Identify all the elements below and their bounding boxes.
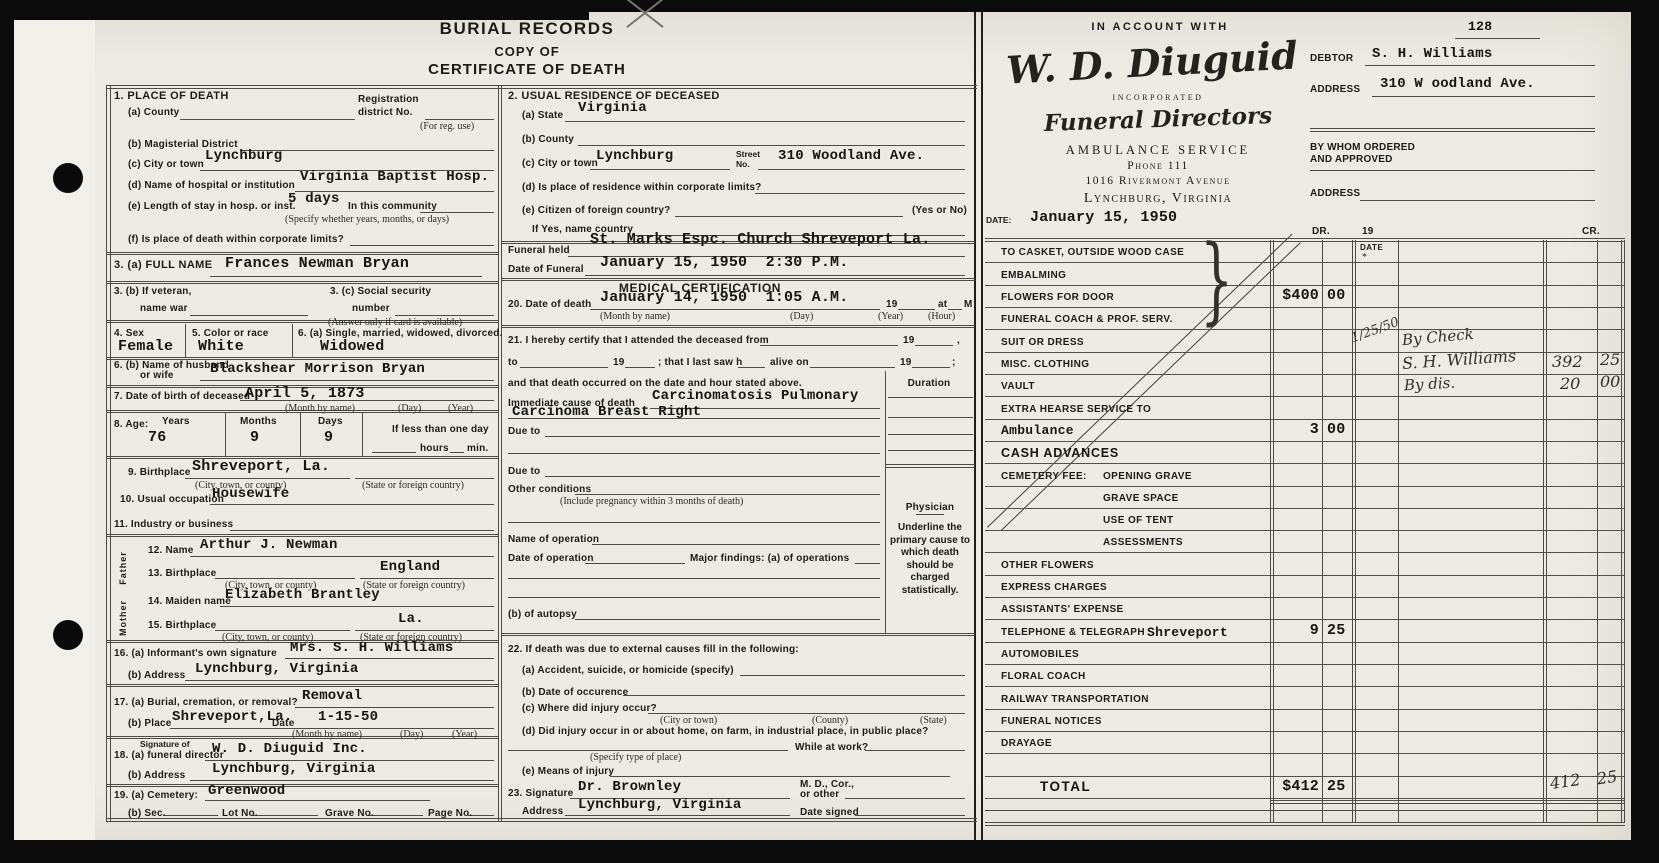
acct-star: * [1362, 252, 1367, 263]
form-line [1310, 170, 1595, 171]
cert-h3: CERTIFICATE OF DEATH [428, 62, 626, 77]
ledger-row: CEMETERY FEE:OPENING GRAVE [985, 463, 1625, 486]
form-rule [362, 412, 363, 456]
cert-pageno: Page No. [428, 808, 472, 820]
acct-dr: DR. [1312, 226, 1330, 238]
ledger-row: SUIT OR DRESS [985, 329, 1625, 352]
form-line [810, 367, 895, 368]
form-line [758, 169, 965, 170]
form-line [585, 275, 965, 276]
cert-nyear: (Year) [448, 403, 473, 414]
ledger-cell: 25 [1327, 779, 1345, 794]
cert-min: min. [467, 443, 488, 455]
cert-d2: (d) Is place of residence within corpora… [522, 182, 762, 194]
cert-e1: (e) Length of stay in hosp. or inst. [128, 201, 296, 213]
form-line [106, 281, 498, 282]
form-rule [225, 412, 226, 456]
cert-s20v: January 14, 1950 1:05 A.M. [600, 290, 848, 305]
ledger-row: FUNERAL COACH & PROF. SERV. [985, 307, 1625, 330]
cert-lot: Lot No. [222, 808, 258, 820]
form-line [1360, 200, 1595, 201]
form-rule [110, 85, 111, 821]
cert-nop: Name of operation [508, 534, 599, 546]
form-line [190, 780, 494, 781]
ledger-row: EMBALMING [985, 262, 1625, 285]
form-line [610, 776, 950, 777]
acct-hand-c2d: 20 [1560, 376, 1580, 392]
cert-ocn: (Include pregnancy within 3 months of de… [560, 496, 743, 507]
form-line [985, 810, 1625, 811]
cert-s20: 20. Date of death [508, 299, 591, 311]
ledger-cell: CEMETERY FEE: [1001, 472, 1087, 482]
form-rule [300, 412, 301, 456]
ledger-row: FLORAL COACH [985, 664, 1625, 687]
cert-s1t: 1. PLACE OF DEATH [114, 90, 229, 102]
form-rule [1355, 240, 1356, 822]
form-line [450, 452, 464, 453]
cert-mosv: 9 [250, 430, 259, 445]
cert-a2: (a) State [522, 110, 563, 122]
form-line [395, 315, 494, 316]
cert-md2: or other [800, 789, 839, 801]
ledger-cell: GRAVE SPACE [1103, 494, 1179, 504]
form-rule [1352, 240, 1353, 822]
cert-reg2: district No. [358, 107, 413, 119]
acct-iaw: IN ACCOUNT WITH [1091, 22, 1228, 33]
form-line [106, 456, 498, 457]
form-rule [1270, 240, 1271, 822]
ledger-row: TO CASKET, OUTSIDE WOOD CASE [985, 240, 1625, 263]
form-line [575, 619, 880, 620]
form-line [885, 464, 975, 465]
cert-alive: alive on [770, 357, 809, 369]
cert-s22t: 22. If death was due to external causes … [508, 644, 799, 656]
form-line [1270, 800, 1625, 801]
form-line [285, 658, 494, 659]
cert-s22b: (b) Date of occurence [522, 687, 628, 699]
cert-s17bv: Shreveport,La. [172, 710, 292, 724]
ledger-cell: EMBALMING [1001, 271, 1066, 281]
cert-s13v: England [380, 560, 440, 574]
form-line [520, 367, 608, 368]
form-line [190, 556, 494, 557]
form-line [350, 245, 494, 246]
cert-s3a: 3. (a) FULL NAME [114, 259, 212, 271]
ledger-cell: FLOWERS FOR DOOR [1001, 293, 1114, 303]
cert-fdv: January 15, 1950 2:30 P.M. [600, 255, 848, 270]
ledger-cell: TO CASKET, OUTSIDE WOOD CASE [1001, 248, 1184, 258]
cert-n19: 19 [886, 299, 898, 311]
cert-b2: (b) County [522, 134, 574, 146]
ledger-cell: Shreveport [1147, 626, 1228, 639]
cert-st2: No. [736, 160, 750, 169]
cert-s17av: Removal [302, 689, 362, 703]
cert-stv: 310 Woodland Ave. [778, 149, 924, 163]
acct-hand-c2c: 00 [1600, 374, 1620, 390]
cert-fh: Funeral held [508, 245, 570, 257]
form-line [185, 478, 350, 479]
ledger-row: TELEPHONE & TELEGRAPHShreveport925 [985, 619, 1625, 642]
ledger-row: ASSISTANTS' EXPENSE [985, 597, 1625, 620]
cert-nstate: (State or foreign country) [362, 480, 464, 491]
form-line [898, 309, 935, 310]
form-line [220, 606, 494, 607]
cert-nmonth: (Month by name) [600, 311, 670, 322]
page-divider-rule [974, 12, 983, 840]
form-line [865, 750, 965, 751]
cert-to: to [508, 357, 518, 369]
form-rule [1322, 240, 1323, 822]
cert-ncity2: (City or town) [660, 715, 717, 726]
form-line [508, 453, 880, 454]
form-rule [1621, 240, 1622, 822]
cert-d1v: Virginia Baptist Hosp. [300, 170, 489, 184]
form-line [372, 452, 416, 453]
cert-ntype: (Specify type of place) [590, 752, 681, 763]
cert-ncounty: (County) [812, 715, 848, 726]
form-line [855, 563, 880, 564]
form-line [985, 238, 1625, 239]
ledger-row: OTHER FLOWERS [985, 552, 1625, 575]
ledger-cell: MISC. CLOTHING [1001, 360, 1089, 370]
cert-st1: Street [736, 150, 760, 159]
acct-street: 1016 Rivermont Avenue [1086, 176, 1231, 188]
cert-s16av: Mrs. S. H. Williams [290, 641, 453, 655]
form-line [948, 309, 962, 310]
form-line [502, 325, 975, 326]
ledger-cell: ASSESSMENTS [1103, 538, 1183, 548]
cert-s23: 23. Signature [508, 788, 573, 800]
ledger-cell: RAILWAY TRANSPORTATION [1001, 695, 1149, 705]
ledger-row: FUNERAL NOTICES [985, 709, 1625, 732]
form-line [888, 417, 973, 418]
ledger-cell: SUIT OR DRESS [1001, 338, 1084, 348]
acct-bwo1: BY WHOM ORDERED [1310, 142, 1415, 154]
ledger-cell: USE OF TENT [1103, 516, 1174, 526]
acct-hand-n3: By dis. [1404, 376, 1456, 394]
cert-e1b: In this community [348, 201, 437, 213]
cert-ds: Date signed [800, 807, 859, 819]
cert-nyear: (Year) [452, 729, 477, 740]
ledger-row: MISC. CLOTHING [985, 352, 1625, 375]
acct-inc: INCORPORATED [1113, 94, 1204, 102]
form-line [740, 675, 965, 676]
film-strip [14, 12, 95, 840]
cert-s16a: 16. (a) Informant's own signature [114, 648, 277, 660]
form-line [916, 514, 944, 515]
cert-s14: 14. Maiden name [148, 596, 231, 608]
ledger-cell: 9 [1273, 623, 1319, 638]
ledger-cell: FUNERAL COACH & PROF. SERV. [1001, 315, 1173, 325]
ledger-row: CASH ADVANCES [985, 441, 1625, 464]
cert-m: M [964, 299, 973, 311]
cert-s3c3: (Answer only if card is available) [328, 317, 462, 328]
form-line [565, 815, 790, 816]
cert-s18b: (b) Address [128, 770, 185, 782]
cert-dur: Duration [908, 378, 951, 390]
acct-debtorl: DEBTOR [1310, 53, 1353, 65]
ledger-row: AUTOMOBILES [985, 642, 1625, 665]
form-line [585, 563, 685, 564]
form-line [915, 345, 953, 346]
cert-n19: 19 [613, 357, 625, 369]
form-line [855, 815, 965, 816]
form-line [368, 815, 423, 816]
cert-a2v: Virginia [578, 101, 647, 115]
cert-s17dv: 1-15-50 [318, 710, 378, 724]
cert-s3b1: 3. (b) If veteran, [114, 286, 192, 298]
cert-dys: Days [318, 416, 343, 428]
form-line [985, 822, 1625, 823]
form-line [180, 119, 355, 120]
cert-s19v: Greenwood [208, 784, 285, 798]
cert-hrs: hours [420, 443, 449, 455]
cert-phy: Physician [906, 502, 955, 514]
cert-s6av: Widowed [320, 339, 384, 354]
form-rule [1546, 240, 1547, 822]
form-line [508, 522, 880, 523]
cert-s17b: (b) Place [128, 718, 171, 730]
cert-due: Due to [508, 466, 540, 478]
cert-e2: (e) Citizen of foreign country? [522, 205, 670, 217]
form-line [675, 216, 903, 217]
cert-s23v: Dr. Brownley [578, 780, 681, 794]
cert-nday: (Day) [790, 311, 813, 322]
form-line [210, 276, 482, 277]
form-line [205, 800, 430, 801]
ledger-cell: FUNERAL NOTICES [1001, 717, 1102, 727]
acct-bwo2: AND APPROVED [1310, 154, 1393, 166]
cert-yrsv: 76 [148, 430, 166, 445]
form-line [888, 397, 973, 398]
cert-a1: (a) County [128, 107, 179, 119]
cert-s18pre: Signature of [140, 740, 190, 749]
form-line [502, 635, 975, 636]
form-line [502, 278, 975, 279]
ledger-cell: CASH ADVANCES [1001, 447, 1119, 460]
form-line [190, 315, 308, 316]
cert-fhv: St. Marks Espc. Church Shreveport La. [590, 232, 930, 247]
form-line [295, 707, 494, 708]
cert-at: at [938, 299, 947, 311]
scanned-burial-record: TO CASKET, OUTSIDE WOOD CASEEMBALMINGFLO… [0, 0, 1659, 863]
cert-s22a: (a) Accident, suicide, or homicide (spec… [522, 665, 734, 677]
ledger-cell: 3 [1273, 422, 1319, 437]
form-line [106, 684, 498, 685]
cert-reg1: Registration [358, 94, 419, 106]
form-rule [1543, 240, 1544, 822]
form-line [888, 450, 973, 451]
form-line [355, 630, 494, 631]
acct-datel: DATE: [986, 216, 1011, 225]
cert-saw: ; that I last saw h [658, 357, 742, 369]
acct-debtorv: S. H. Williams [1372, 47, 1492, 61]
cert-nyear: (Year) [878, 311, 903, 322]
ledger-cell: $400 [1273, 288, 1319, 303]
acct-pageno: 128 [1468, 20, 1492, 33]
form-line [360, 578, 494, 579]
cert-s6b2: or wife [140, 370, 174, 382]
form-line [215, 630, 350, 631]
cert-dysv: 9 [324, 430, 333, 445]
form-line [545, 476, 880, 477]
form-line [575, 494, 880, 495]
form-line [1310, 131, 1595, 132]
cert-aut: (b) of autopsy [508, 609, 577, 621]
ledger-row: VAULT [985, 374, 1625, 397]
cert-nmonth: (Month by name) [285, 403, 355, 414]
cert-grave: Grave No. [325, 808, 374, 820]
form-line [565, 121, 965, 122]
acct-hand-ctc: 25 [1596, 769, 1618, 788]
form-line [508, 597, 880, 598]
cert-maj: Major findings: (a) of operations [690, 553, 849, 565]
cert-s21a: 21. I hereby certify that I attended the… [508, 335, 769, 347]
form-line [425, 119, 494, 120]
cert-phyn: Underline the primary cause to which dea… [888, 522, 972, 597]
cert-fa: Father [118, 551, 128, 585]
form-line [253, 815, 318, 816]
form-line [106, 786, 498, 787]
acct-hand-c1d: 392 [1552, 354, 1583, 370]
form-line [355, 478, 494, 479]
cert-nmonth: (Month by name) [292, 729, 362, 740]
cert-nday: (Day) [398, 403, 421, 414]
cert-s5v: White [198, 339, 244, 354]
form-line [625, 367, 655, 368]
cert-adrv: Lynchburg, Virginia [578, 798, 741, 812]
cert-s16b: (b) Address [128, 670, 185, 682]
cert-c1: (c) City or town [128, 159, 204, 171]
cert-s17a: 17. (a) Burial, cremation, or removal? [114, 697, 298, 709]
ledger-cell: EXPRESS CHARGES [1001, 583, 1107, 593]
cert-s11: 11. Industry or business [114, 519, 233, 531]
cert-s3c2: number [352, 303, 390, 315]
form-line [106, 88, 977, 89]
cert-s22c: (c) Where did injury occur? [522, 703, 657, 715]
cert-s7: 7. Date of birth of deceased [114, 391, 250, 403]
ledger-cell: $412 [1273, 779, 1319, 794]
form-line [502, 633, 975, 634]
form-line [755, 193, 965, 194]
cert-s18v: W. D. Diuguid Inc. [212, 742, 367, 756]
cert-n19: 19 [903, 335, 915, 347]
form-line [578, 145, 965, 146]
cert-cause2: Carcinoma Breast Right [512, 405, 701, 419]
form-rule [185, 324, 186, 357]
form-line [106, 534, 498, 535]
form-line [215, 578, 355, 579]
cert-s12v: Arthur J. Newman [200, 538, 338, 552]
form-line [590, 169, 730, 170]
acct-datev: January 15, 1950 [1030, 210, 1177, 225]
form-line [545, 436, 880, 437]
ledger-cell: VAULT [1001, 382, 1035, 392]
form-line [1372, 96, 1595, 97]
acct-addr2: ADDRESS [1310, 188, 1360, 200]
cert-c2: (c) City or town [522, 158, 598, 170]
cert-reg3: (For reg. use) [420, 121, 474, 132]
form-line [590, 309, 880, 310]
ledger-row: DRAYAGE [985, 731, 1625, 754]
form-line [1270, 803, 1625, 804]
ledger-row: Ambulance300 [985, 419, 1625, 442]
cert-mos: Months [240, 416, 277, 428]
cert-yrs: Years [162, 416, 190, 428]
ledger-cell: TELEPHONE & TELEGRAPH [1001, 628, 1145, 638]
cert-s12: 12. Name [148, 545, 194, 557]
form-line [106, 821, 977, 822]
form-line [508, 750, 788, 751]
form-rule [106, 85, 107, 821]
cert-fd: Date of Funeral [508, 264, 584, 276]
cert-s10v: Housewife [212, 487, 289, 501]
cert-e2n: (Yes or No) [912, 205, 967, 217]
form-line [106, 85, 977, 86]
ledger-row: FLOWERS FOR DOOR$40000 [985, 285, 1625, 308]
form-line [985, 825, 1625, 826]
cert-s4v: Female [118, 339, 173, 354]
form-rule [1273, 240, 1274, 822]
cert-s6bv: Blackshear Morrison Bryan [210, 362, 425, 376]
form-line [200, 380, 494, 381]
acct-brace: } [1200, 243, 1233, 317]
acct-city: Lynchburg, Virginia [1084, 192, 1232, 206]
cert-s9v: Shreveport, La. [192, 459, 330, 474]
ledger-row: TOTAL$41225 [985, 776, 1625, 799]
cert-s19b: (b) Sec. [128, 808, 166, 820]
form-rule [292, 324, 293, 357]
ledger-cell: EXTRA HEARSE SERVICE TO [1001, 405, 1151, 415]
cert-less: If less than one day [392, 424, 489, 436]
cert-e1v: 5 days [288, 192, 340, 206]
cert-s18: 18. (a) funeral director [114, 750, 224, 762]
ledger-row: EXPRESS CHARGES [985, 575, 1625, 598]
cert-cause1: Carcinomatosis Pulmonary [652, 389, 858, 403]
form-line [592, 544, 880, 545]
cert-s15v: La. [398, 612, 424, 626]
form-line [985, 241, 1625, 242]
cert-due: Due to [508, 426, 540, 438]
form-line [210, 504, 494, 505]
acct-amb: AMBULANCE SERVICE [1066, 144, 1250, 157]
cert-semi: ; [952, 357, 956, 369]
cert-comma: , [957, 335, 960, 347]
punch-hole [53, 620, 83, 650]
ledger-cell: 00 [1327, 288, 1345, 303]
cert-nhour: (Hour) [928, 311, 955, 322]
cert-c2v: Lynchburg [596, 149, 673, 163]
form-line [1365, 65, 1595, 66]
cert-mo: Mother [118, 600, 128, 636]
cert-adr: Address [522, 806, 563, 818]
form-line [106, 252, 498, 253]
form-line [845, 798, 965, 799]
cert-s15: 15. Birthplace [148, 620, 216, 632]
cert-name: Frances Newman Bryan [225, 256, 409, 271]
cert-s3b2: name war [140, 303, 188, 315]
form-line [502, 327, 975, 328]
form-line [1310, 128, 1595, 129]
form-rule [1597, 240, 1598, 822]
form-rule [501, 85, 502, 821]
cert-s16bv: Lynchburg, Virginia [195, 662, 358, 676]
cert-h2: COPY OF [494, 45, 559, 58]
cert-s19: 19. (a) Cemetery: [114, 790, 198, 802]
form-line [106, 357, 498, 358]
form-line [106, 283, 498, 284]
form-line [185, 680, 494, 681]
